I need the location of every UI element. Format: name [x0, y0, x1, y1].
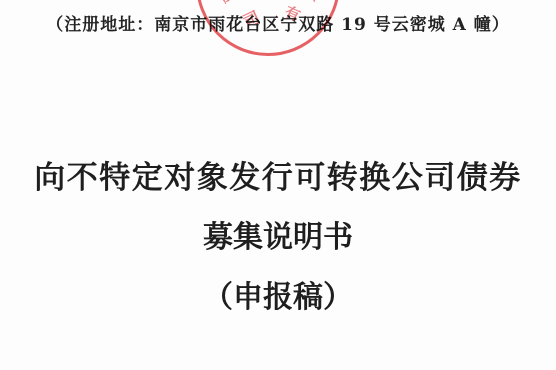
stamp-glyph: 限	[302, 0, 326, 5]
stamp-glyph: 股	[214, 0, 238, 7]
registered-address: （注册地址：南京市雨花台区宁双路 19 号云密城 A 幢）	[0, 10, 556, 35]
document-title-main: 向不特定对象发行可转换公司债券	[0, 152, 556, 197]
document-title-sub: 募集说明书	[0, 212, 556, 256]
document-draft-label: （申报稿）	[0, 272, 556, 316]
document-cover-page: 股 司 有 限 （注册地址：南京市雨花台区宁双路 19 号云密城 A 幢） 向不…	[0, 0, 556, 370]
